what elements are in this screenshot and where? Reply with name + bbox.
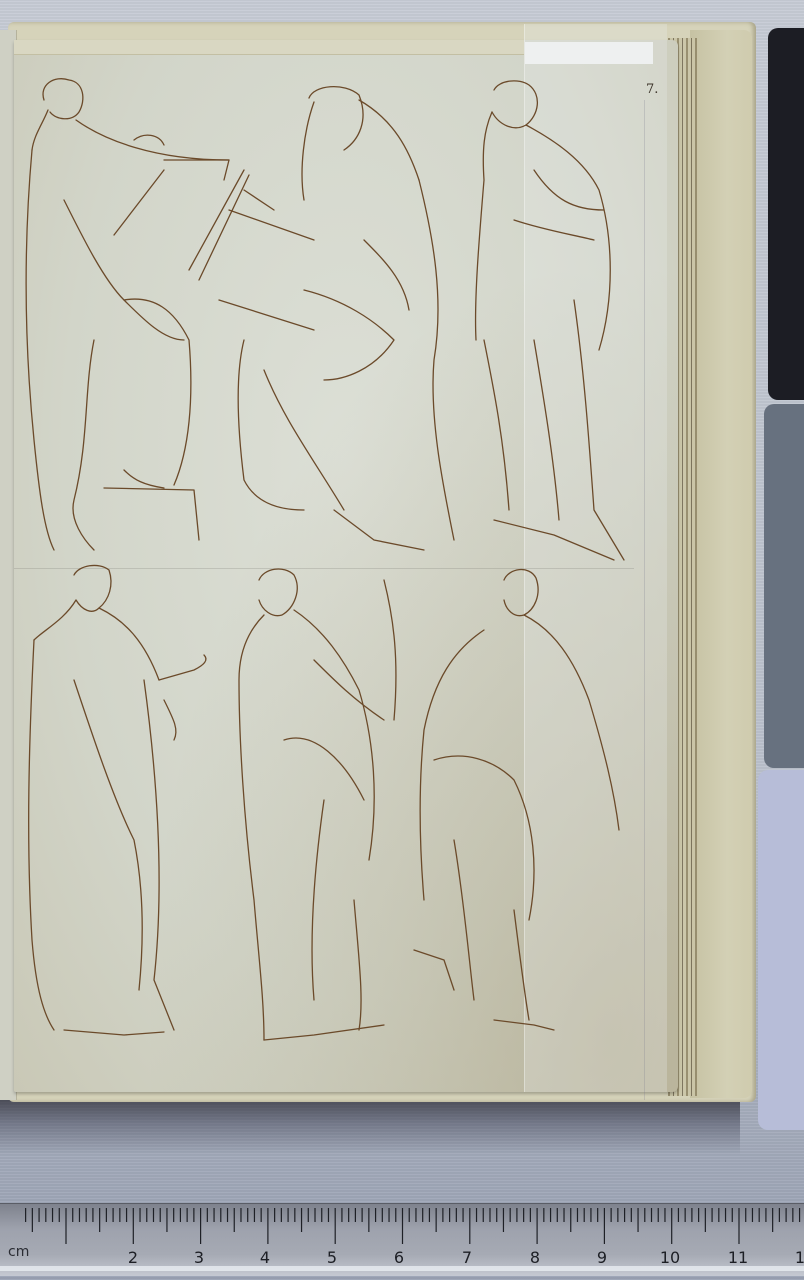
- black-calibration-swatch: [768, 28, 804, 400]
- ruler-edge-glare: [0, 1266, 804, 1271]
- conservation-tape: [524, 24, 667, 1092]
- ruler-number: 9: [597, 1248, 607, 1267]
- margin-ruling-line: [644, 100, 645, 1100]
- ruler-number: 3: [194, 1248, 204, 1267]
- sheet-top-band: [14, 40, 524, 55]
- ruler-number: 4: [260, 1248, 270, 1267]
- sketch-sheet: [14, 40, 678, 1092]
- horizontal-fold-line: [14, 568, 634, 569]
- light-grey-calibration-swatch: [758, 770, 804, 1130]
- tape-highlight: [525, 42, 653, 64]
- page-number: 7.: [646, 82, 658, 97]
- ruler-number: 6: [394, 1248, 404, 1267]
- ruler-number: 10: [660, 1248, 680, 1267]
- ruler-number: 2: [128, 1248, 138, 1267]
- ruler-unit-label: cm: [8, 1244, 29, 1260]
- mid-grey-calibration-swatch: [764, 404, 804, 768]
- ruler-ticks: [0, 1208, 804, 1248]
- ruler-number: 1: [795, 1248, 804, 1267]
- ruler-number: 5: [327, 1248, 337, 1267]
- cover-flap: [690, 30, 752, 1098]
- ruler-number: 11: [728, 1248, 748, 1267]
- ruler-number: 8: [530, 1248, 540, 1267]
- ruler-number: 7: [462, 1248, 472, 1267]
